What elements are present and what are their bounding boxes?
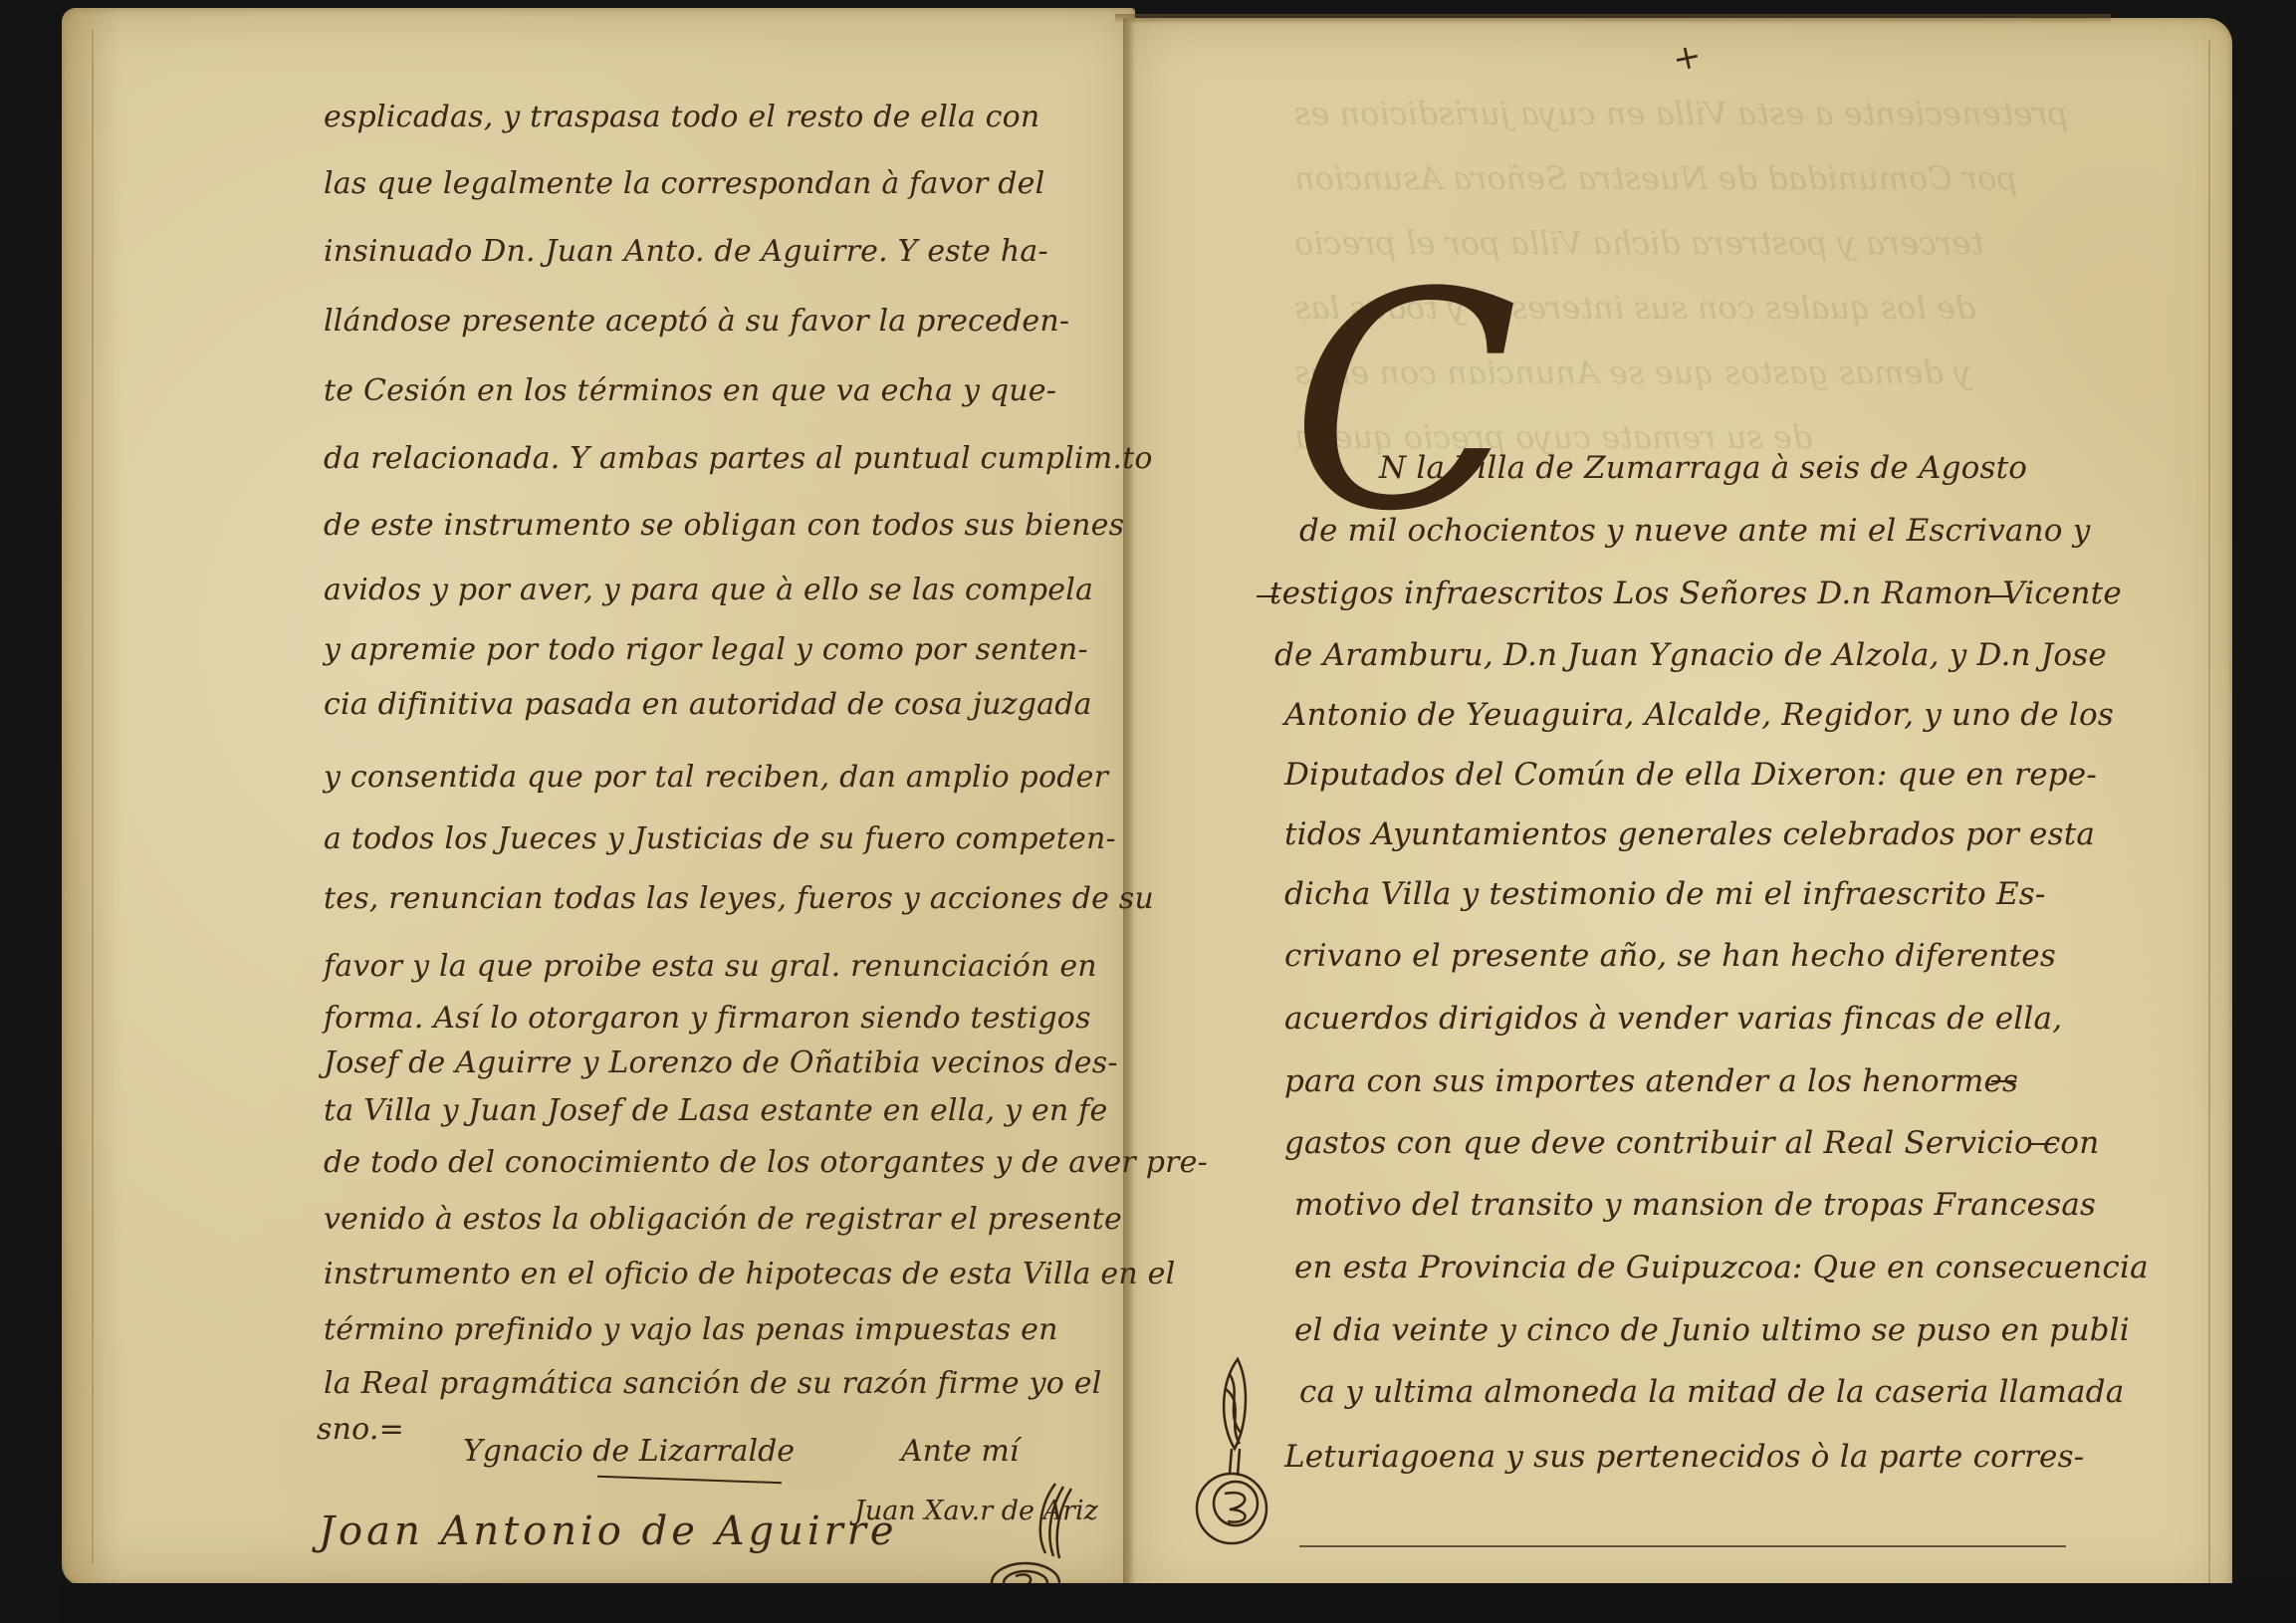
right-line: N la Villa de Zumarraga à seis de Agosto <box>1379 450 2027 486</box>
right-line: gastos con que deve contribuir al Real S… <box>1284 1125 2099 1161</box>
left-line: de todo del conocimiento de los otorgant… <box>324 1145 1208 1180</box>
left-line: tes, renuncian todas las leyes, fueros y… <box>324 881 1154 916</box>
right-line: acuerdos dirigidos à vender varias finca… <box>1284 1001 2062 1037</box>
right-line: motivo del transito y mansion de tropas … <box>1294 1187 2096 1223</box>
left-line: forma. Así lo otorgaron y firmaron siend… <box>324 1001 1091 1036</box>
left-line: llándose presente aceptó à su favor la p… <box>324 304 1069 339</box>
signature-lizarralde: Ygnacio de Lizarralde <box>463 1434 795 1469</box>
right-line: el dia veinte y cinco de Junio ultimo se… <box>1294 1312 2130 1348</box>
left-line: y consentida que por tal reciben, dan am… <box>324 760 1108 795</box>
manuscript-spread: preteneciente a esta Villa en cuya juris… <box>0 0 2296 1623</box>
bleed-through-text: por Comunidad de Nuestra Señora Asuncion <box>1294 159 2017 197</box>
binding-gutter <box>1123 18 1135 1611</box>
left-line: Josef de Aguirre y Lorenzo de Oñatibia v… <box>324 1045 1118 1080</box>
left-page-fold-crease <box>92 30 94 1563</box>
right-line: para con sus importes atender a los heno… <box>1284 1063 2018 1099</box>
right-line: en esta Provincia de Guipuzcoa: Que en c… <box>1294 1250 2149 1285</box>
left-line: da relacionada. Y ambas partes al puntua… <box>324 441 1153 476</box>
right-line: dicha Villa y testimonio de mi el infrae… <box>1284 876 2046 912</box>
right-line: ca y ultima almoneda la mitad de la case… <box>1299 1374 2124 1410</box>
right-line: Diputados del Común de ella Dixeron: que… <box>1284 757 2097 793</box>
right-line: crivano el presente año, se han hecho di… <box>1284 938 2056 974</box>
left-line: favor y la que proibe esta su gral. renu… <box>324 949 1097 984</box>
left-line: te Cesión en los términos en que va echa… <box>324 373 1056 408</box>
left-line: sno.= <box>317 1412 404 1447</box>
right-line: Antonio de Yeuaguira, Alcalde, Regidor, … <box>1284 697 2114 733</box>
left-line: término prefinido y vajo las penas impue… <box>324 1312 1058 1347</box>
left-line: avidos y por aver, y para que à ello se … <box>324 573 1093 607</box>
right-line: Leturiagoena y sus pertenecidos ò la par… <box>1284 1439 2084 1475</box>
closing-separator-line <box>1299 1545 2066 1547</box>
signature-aguirre: Joan Antonio de Aguirre <box>319 1508 898 1554</box>
signature-ante-mi: Ante mí <box>901 1434 1019 1469</box>
left-line: ta Villa y Juan Josef de Lasa estante en… <box>324 1093 1107 1128</box>
left-line: cia difinitiva pasada en autoridad de co… <box>324 687 1092 722</box>
margin-rubric-flourish-icon <box>1190 1354 1279 1553</box>
left-line: a todos los Jueces y Justicias de su fue… <box>324 821 1116 856</box>
right-line: de mil ochocientos y nueve ante mi el Es… <box>1299 513 2090 549</box>
line-fill-stroke <box>1257 595 1278 597</box>
left-line: instrumento en el oficio de hipotecas de… <box>324 1257 1175 1291</box>
left-line: venido à estos la obligación de registra… <box>324 1202 1122 1237</box>
left-line: y apremie por todo rigor legal y como po… <box>324 632 1088 667</box>
line-fill-stroke <box>1986 595 2011 597</box>
background-shadow <box>60 1583 2296 1623</box>
left-line: insinuado Dn. Juan Anto. de Aguirre. Y e… <box>324 234 1048 269</box>
line-fill-stroke <box>2031 1143 2056 1145</box>
left-line: esplicadas, y traspasa todo el resto de … <box>324 100 1039 134</box>
bleed-through-text: preteneciente a esta Villa en cuya juris… <box>1294 95 2068 132</box>
line-fill-stroke <box>1991 1080 2016 1082</box>
top-edge-stain <box>1115 14 2111 24</box>
right-page-fold-crease <box>2208 40 2210 1583</box>
right-line: testigos infraescritos Los Señores D.n R… <box>1269 576 2122 611</box>
left-line: de este instrumento se obligan con todos… <box>324 508 1124 543</box>
left-line: las que legalmente la correspondan à fav… <box>324 166 1044 201</box>
right-line: de Aramburu, D.n Juan Ygnacio de Alzola,… <box>1274 637 2107 673</box>
left-line: la Real pragmática sanción de su razón f… <box>324 1366 1102 1401</box>
right-line: tidos Ayuntamientos generales celebrados… <box>1284 816 2095 852</box>
drop-cap-initial: C <box>1290 254 1519 553</box>
